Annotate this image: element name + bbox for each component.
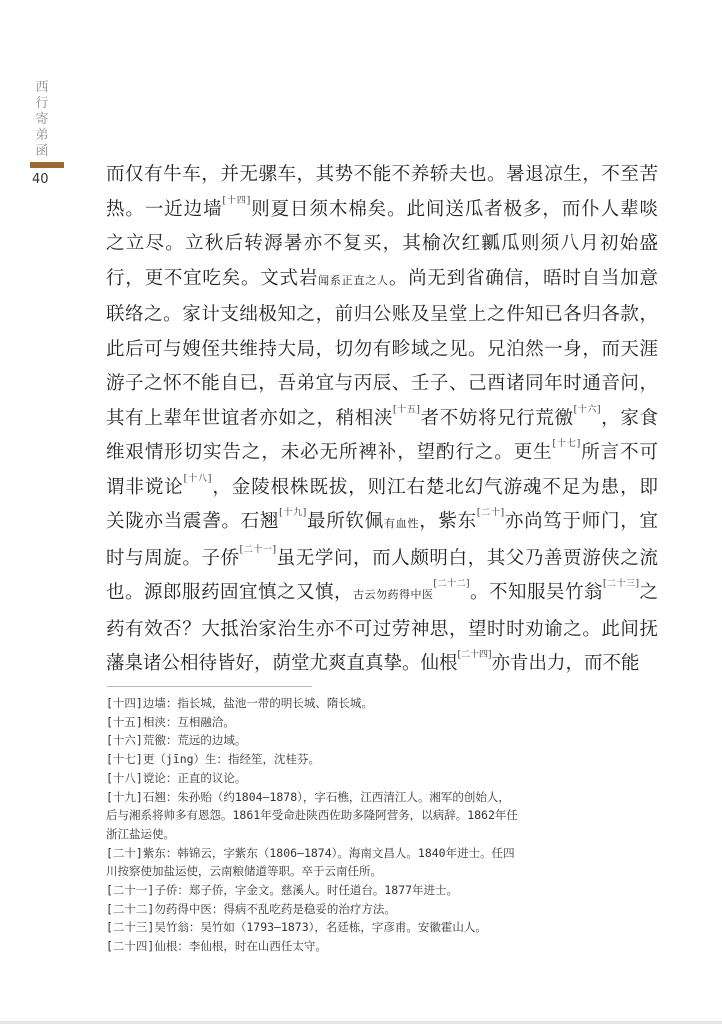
footnote-marker: [十七] bbox=[553, 439, 581, 449]
body-text-segment: 维艰情形切实告之，未必无所裨补，望酌行之。更生 bbox=[106, 442, 553, 463]
body-text-segment: 此后可与嫂侄共维持大局，切勿有畛域之见。兄泊然一身，而天涯 bbox=[106, 339, 658, 360]
body-text-segment: 关陇亦当震詟。石翘 bbox=[106, 511, 279, 532]
body-line: 药有效否？大抵治家治生亦不可过劳神思，望时时劝谕之。此间抚 bbox=[106, 613, 658, 648]
body-text-segment: 其有上辈年世谊者亦如之，稍相浃 bbox=[106, 408, 393, 429]
body-text-segment: 则夏日须木棉矣。此间送瓜者极多，而仆人辈啖 bbox=[250, 199, 658, 220]
body-text-segment: ，紫东 bbox=[419, 511, 477, 532]
footnote-line: [二十三]吴竹翁：吴竹如（1793—1873），名廷栋，字彦甫。安徽霍山人。 bbox=[106, 918, 666, 937]
body-text-segment: 最所钦佩 bbox=[306, 511, 384, 532]
running-head-book-title: 西 行 寄 弟 函 bbox=[32, 80, 52, 160]
footnote-line: [十七]更（jīng）生：指经笙，沈桂芬。 bbox=[106, 750, 666, 769]
body-text-segment: ，金陵根株既拔，则江右楚北幻气游魂不足为患，即 bbox=[211, 477, 658, 498]
body-text-segment: 而仅有牛车，并无骡车，其势不能不养轿夫也。暑退凉生，不至苦 bbox=[106, 164, 658, 185]
body-line: 联络之。家计支绌极知之，前归公账及呈堂上之件知已各归各款， bbox=[106, 298, 658, 333]
title-char: 寄 bbox=[32, 112, 52, 128]
body-text-segment: 行，更不宜吃矣。文式岩 bbox=[106, 268, 318, 289]
footnote-line: [十九]石翘：朱孙贻（约1804—1878），字石樵，江西清江人。湘军的创始人， bbox=[106, 788, 666, 807]
body-text-segment: 时与周旋。子侨 bbox=[106, 548, 240, 569]
accent-bar bbox=[30, 162, 64, 168]
footnote-divider bbox=[107, 686, 312, 687]
footnote-marker: [二十二] bbox=[433, 579, 469, 589]
body-line: 其有上辈年世谊者亦如之，稍相浃[十五]者不妨将兄行荒徼[十六]，家食 bbox=[106, 402, 658, 437]
page-number: 40 bbox=[32, 172, 66, 187]
body-text-segment: 热。一近边墙 bbox=[106, 199, 223, 220]
body-text-segment: 。尚无到省确信，晤时自当加意 bbox=[389, 268, 658, 289]
footnote-line: [二十]紫东：韩锦云，字紫东（1806—1874）。海南文昌人。1840年进士。… bbox=[106, 844, 666, 863]
body-line: 藩臬诸公相待皆好，荫堂尤爽直真挚。仙根[二十四]亦肯出力，而不能 bbox=[106, 647, 658, 682]
footnote-marker: [二十三] bbox=[603, 579, 639, 589]
footnote-line: [十五]相浃：互相融洽。 bbox=[106, 713, 666, 732]
body-line: 维艰情形切实告之，未必无所裨补，望酌行之。更生[十七]所言不可 bbox=[106, 436, 658, 471]
body-line: 关陇亦当震詟。石翘[十九]最所钦佩有血性，紫东[二十]亦尚笃于师门，宜 bbox=[106, 505, 658, 542]
body-text-segment: 亦肯出力，而不能 bbox=[492, 653, 640, 674]
footnote-line: [二十二]勿药得中医：得病不乱吃药是稳妥的治疗方法。 bbox=[106, 900, 666, 919]
body-text-segment: 谓非谠论 bbox=[106, 477, 184, 498]
footnote-line: [二十一]子侨：郑子侨，字金文。慈溪人。时任道台。1877年进士。 bbox=[106, 881, 666, 900]
footnote-line: 后与湘系将帅多有恩怨。1861年受命赴陕西佐助多隆阿营务，以病辞。1862年任 bbox=[106, 806, 666, 825]
footnote-marker: [十五] bbox=[393, 405, 420, 415]
body-text-segment: 之立尽。立秋后转溽暑亦不复买，其榆次红瓤瓜则须八月初始盛 bbox=[106, 233, 658, 254]
inline-annotation: 有血性 bbox=[384, 517, 419, 530]
footnotes: [十四]边墙：指长城，盐池一带的明长城、隋长城。[十五]相浃：互相融洽。[十六]… bbox=[106, 694, 666, 956]
footnote-line: [十八]谠论：正直的议论。 bbox=[106, 769, 666, 788]
footnote-marker: [二十四] bbox=[458, 650, 492, 660]
body-text-segment: 虽无学问，而人颇明白，其父乃善贾游侠之流 bbox=[276, 548, 658, 569]
body-text-segment: 所言不可 bbox=[580, 442, 658, 463]
body-text-segment: ，家食 bbox=[601, 408, 658, 429]
body-line: 之立尽。立秋后转溽暑亦不复买，其榆次红瓤瓜则须八月初始盛 bbox=[106, 227, 658, 262]
inline-annotation: 古云勿药得中医 bbox=[353, 588, 433, 601]
footnote-line: [十六]荒徼：荒远的边域。 bbox=[106, 731, 666, 750]
body-text-segment: 。不知服吴竹翁 bbox=[469, 582, 602, 603]
footnote-marker: [二十一] bbox=[240, 545, 276, 555]
footnote-marker: [十八] bbox=[184, 474, 212, 484]
body-line: 而仅有牛车，并无骡车，其势不能不养轿夫也。暑退凉生，不至苦 bbox=[106, 158, 658, 193]
body-text-segment: 亦尚笃于师门，宜 bbox=[504, 511, 658, 532]
body-text-segment: 者不妨将兄行荒徼 bbox=[420, 408, 574, 429]
footnote-marker: [二十] bbox=[477, 508, 504, 518]
footnote-marker: [十六] bbox=[574, 405, 601, 415]
body-text-segment: 游子之怀不能自已，吾弟宜与丙辰、壬子、己酉诸同年时通音问， bbox=[106, 373, 658, 394]
body-line: 谓非谠论[十八]，金陵根株既拔，则江右楚北幻气游魂不足为患，即 bbox=[106, 471, 658, 506]
footnote-line: 川按察使加盐运使，云南粮储道等职。卒于云南任所。 bbox=[106, 862, 666, 881]
body-line: 也。源郎服药固宜慎之又慎，古云勿药得中医[二十二]。不知服吴竹翁[二十三]之 bbox=[106, 576, 658, 613]
footnote-marker: [十四] bbox=[223, 196, 251, 206]
body-line: 此后可与嫂侄共维持大局，切勿有畛域之见。兄泊然一身，而天涯 bbox=[106, 333, 658, 368]
body-text-segment: 也。源郎服药固宜慎之又慎， bbox=[106, 582, 353, 603]
letter-body: 而仅有牛车，并无骡车，其势不能不养轿夫也。暑退凉生，不至苦热。一近边墙[十四]则… bbox=[106, 158, 658, 682]
inline-annotation: 闻系正直之人 bbox=[318, 274, 389, 287]
footnote-line: [十四]边墙：指长城，盐池一带的明长城、隋长城。 bbox=[106, 694, 666, 713]
footnote-marker: [十九] bbox=[279, 508, 306, 518]
body-line: 游子之怀不能自已，吾弟宜与丙辰、壬子、己酉诸同年时通音问， bbox=[106, 367, 658, 402]
body-line: 行，更不宜吃矣。文式岩闻系正直之人。尚无到省确信，晤时自当加意 bbox=[106, 262, 658, 299]
title-char: 西 bbox=[32, 80, 52, 96]
body-line: 热。一近边墙[十四]则夏日须木棉矣。此间送瓜者极多，而仆人辈啖 bbox=[106, 193, 658, 228]
body-text-segment: 之 bbox=[639, 582, 658, 603]
footnote-line: 浙江盐运使。 bbox=[106, 825, 666, 844]
body-text-segment: 药有效否？大抵治家治生亦不可过劳神思，望时时劝谕之。此间抚 bbox=[106, 619, 658, 640]
body-text-segment: 藩臬诸公相待皆好，荫堂尤爽直真挚。仙根 bbox=[106, 653, 458, 674]
body-line: 时与周旋。子侨[二十一]虽无学问，而人颇明白，其父乃善贾游侠之流 bbox=[106, 542, 658, 577]
body-text-segment: 联络之。家计支绌极知之，前归公账及呈堂上之件知已各归各款， bbox=[106, 304, 658, 325]
title-char: 函 bbox=[32, 144, 52, 160]
title-char: 行 bbox=[32, 96, 52, 112]
title-char: 弟 bbox=[32, 128, 52, 144]
footnote-line: [二十四]仙根：李仙根，时在山西任太守。 bbox=[106, 937, 666, 956]
